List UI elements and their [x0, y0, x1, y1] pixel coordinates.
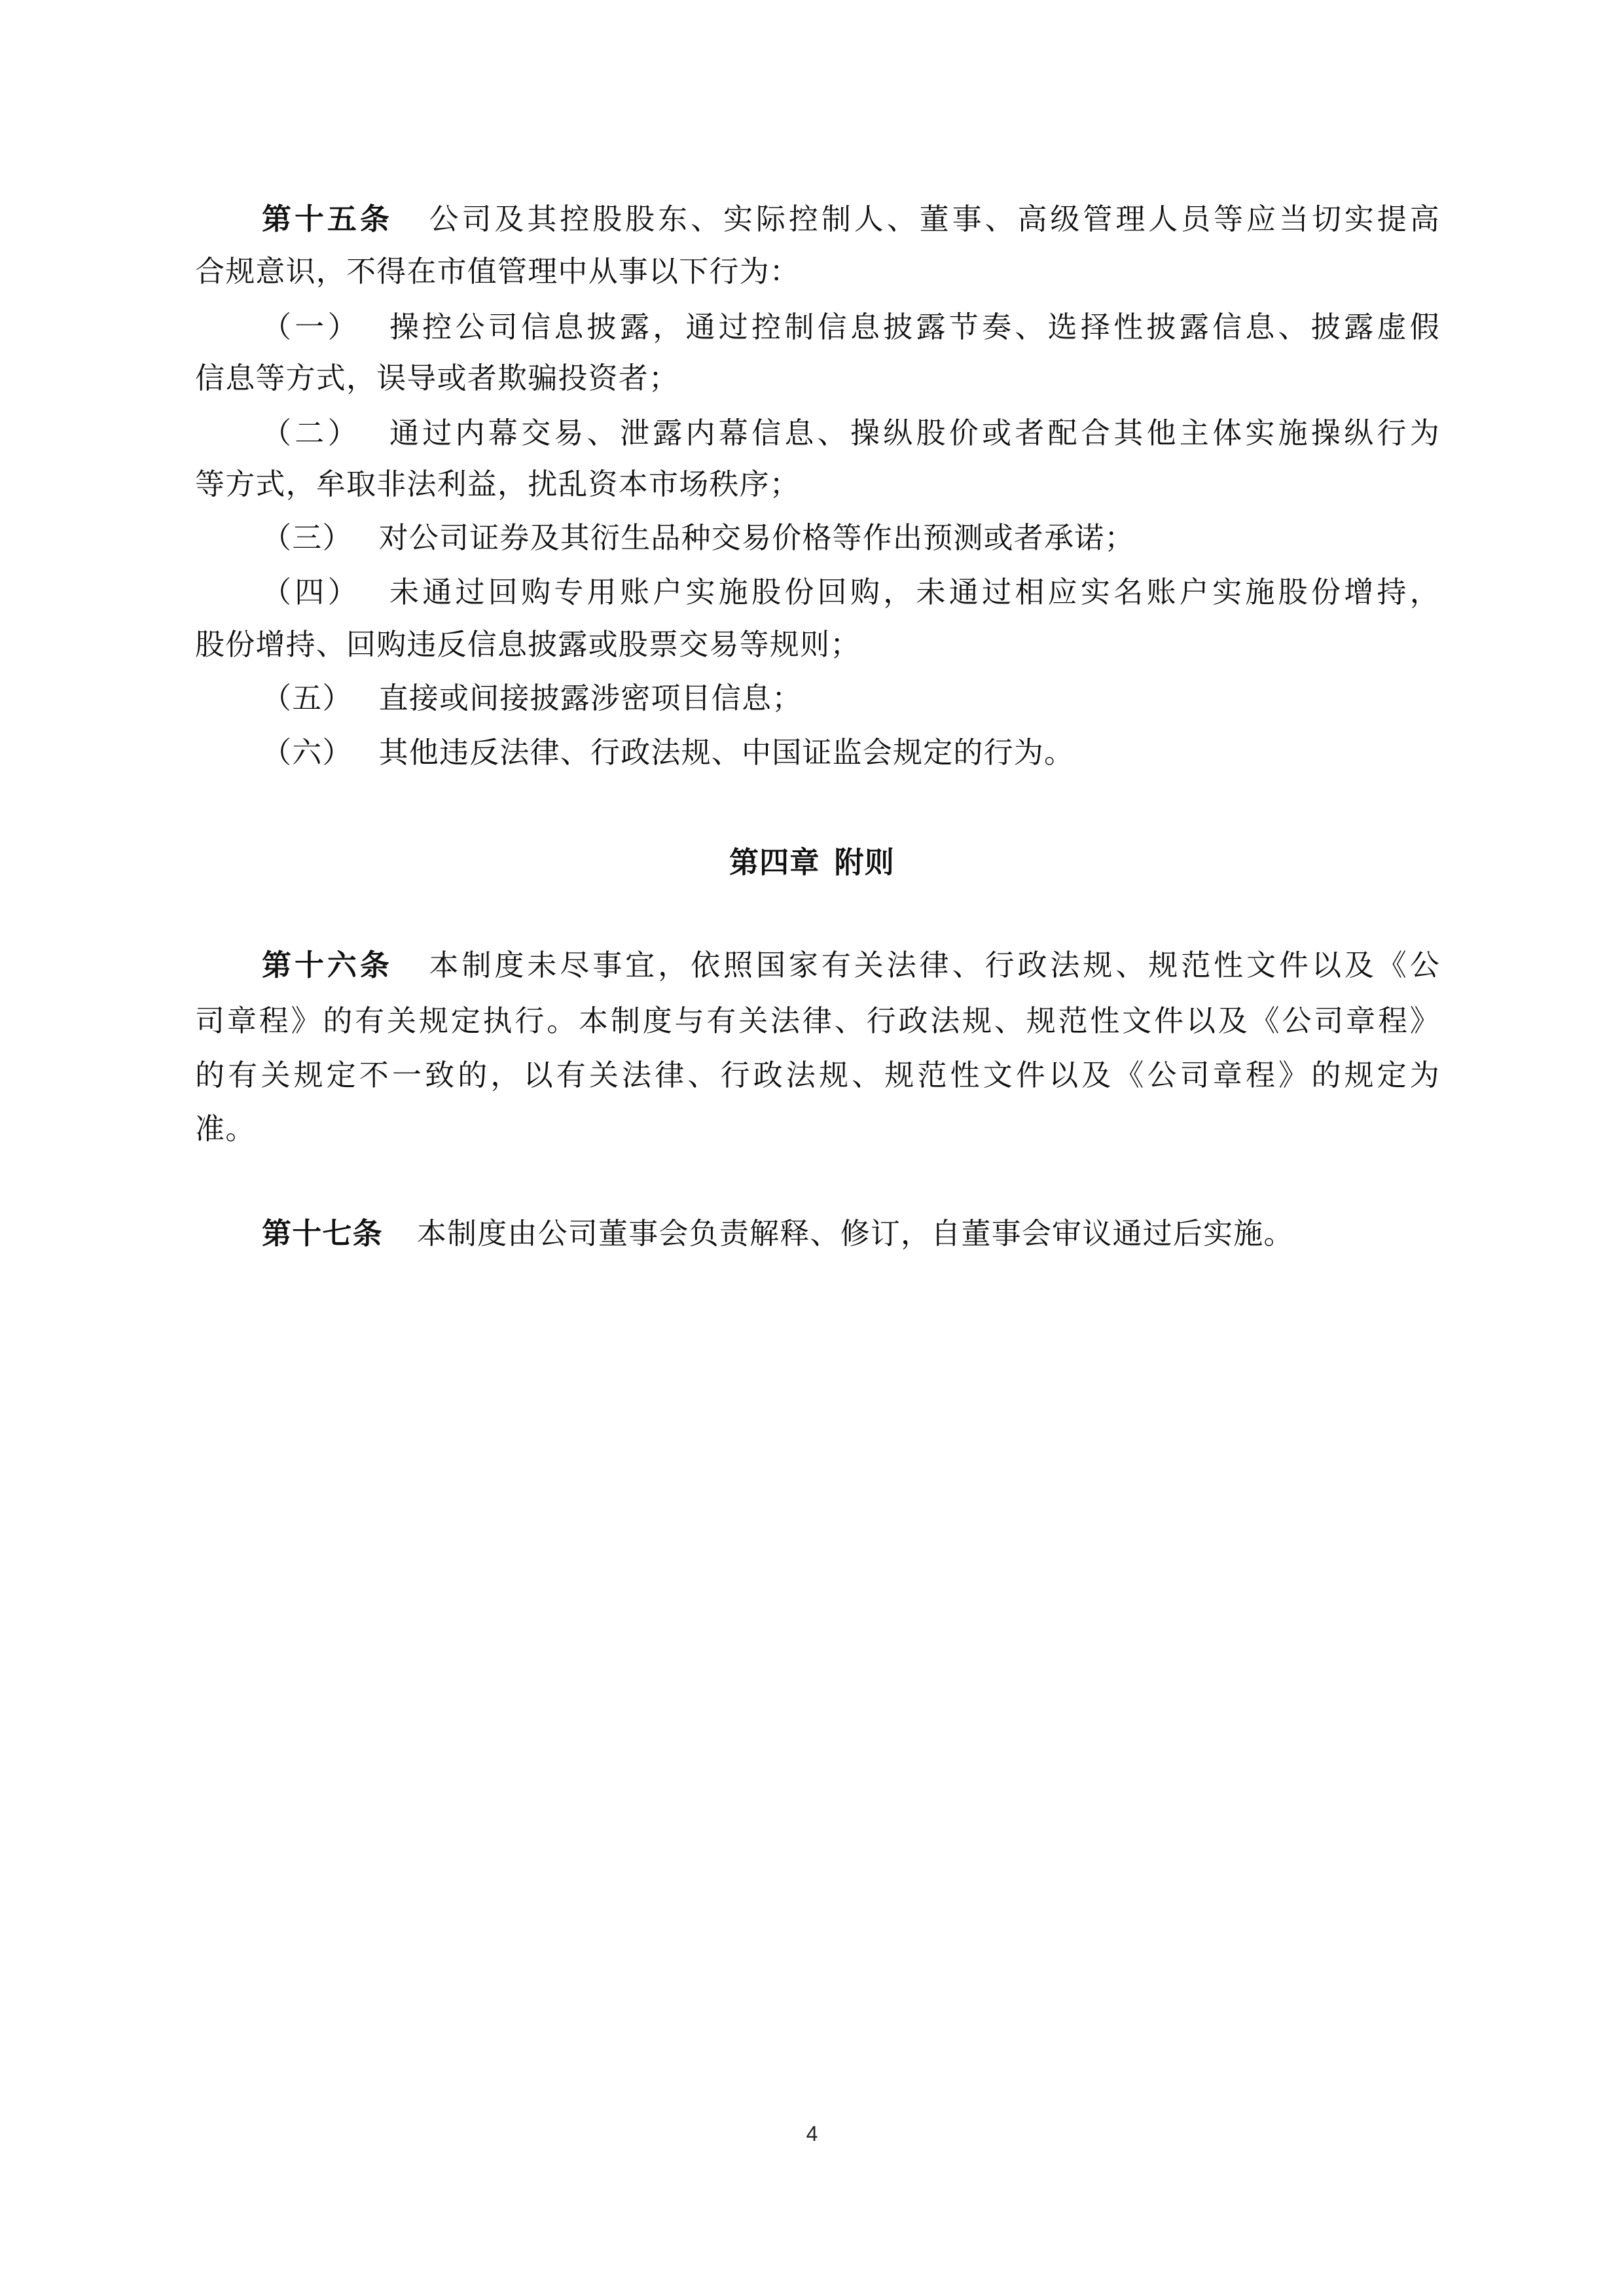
page-number: 4: [0, 2121, 1624, 2147]
article-17-text-1: 本制度由公司董事会负责解释、修订，自董事会审议通过后实施。: [417, 1216, 1294, 1251]
article-16-text-1: 本制度未尽事宜，依照国家有关法律、行政法规、规范性文件以及《公: [427, 948, 1440, 982]
article-15-item-1-cont: 信息等方式，误导或者欺骗投资者；: [195, 359, 1440, 398]
item-4-marker: （四）: [262, 575, 361, 609]
item-5-marker: （五）: [262, 681, 353, 715]
article-16-line-2: 司章程》的有关规定执行。本制度与有关法律、行政法规、规范性文件以及《公司章程》: [195, 1001, 1440, 1041]
article-15-label: 第十五条: [262, 202, 393, 236]
chapter-number: 第四章: [729, 845, 820, 880]
item-3-line-1: 对公司证券及其衍生品种交易价格等作出预测或者承诺；: [379, 520, 1135, 555]
article-17-line-1: 第十七条本制度由公司董事会负责解释、修订，自董事会审议通过后实施。: [262, 1214, 1440, 1253]
item-3-marker: （三）: [262, 520, 353, 555]
article-16-text-4: 准。: [195, 1111, 255, 1146]
item-6-line-1: 其他违反法律、行政法规、中国证监会规定的行为。: [379, 735, 1075, 770]
item-1-line-2: 信息等方式，误导或者欺骗投资者；: [195, 361, 679, 395]
article-15-item-2-cont: 等方式，牟取非法利益，扰乱资本市场秩序；: [195, 465, 1440, 504]
article-16-text-3: 的有关规定不一致的，以有关法律、行政法规、规范性文件以及《公司章程》的规定为: [195, 1058, 1440, 1092]
item-2-line-2: 等方式，牟取非法利益，扰乱资本市场秩序；: [195, 467, 800, 501]
article-15-item-6: （六）其他违反法律、行政法规、中国证监会规定的行为。: [262, 733, 1440, 772]
chapter-title: 附则: [835, 845, 895, 880]
item-2-marker: （二）: [262, 416, 361, 450]
article-15-line-2: 合规意识，不得在市值管理中从事以下行为：: [195, 252, 1440, 291]
article-16-line-3: 的有关规定不一致的，以有关法律、行政法规、规范性文件以及《公司章程》的规定为: [195, 1056, 1440, 1095]
item-1-marker: （一）: [262, 310, 361, 344]
item-1-line-1: 操控公司信息披露，通过控制信息披露节奏、选择性披露信息、披露虚假: [387, 310, 1440, 344]
article-16-label: 第十六条: [262, 948, 393, 982]
article-15-item-5: （五）直接或间接披露涉密项目信息；: [262, 679, 1440, 718]
article-16-text-2: 司章程》的有关规定执行。本制度与有关法律、行政法规、规范性文件以及《公司章程》: [195, 1003, 1440, 1038]
article-15-item-2: （二）通过内幕交易、泄露内幕信息、操纵股价或者配合其他主体实施操纵行为: [262, 414, 1440, 453]
article-15-item-4-cont: 股份增持、回购违反信息披露或股票交易等规则；: [195, 625, 1440, 664]
article-17-label: 第十七条: [262, 1216, 383, 1251]
article-15-item-3: （三）对公司证券及其衍生品种交易价格等作出预测或者承诺；: [262, 518, 1440, 558]
document-page: 第十五条公司及其控股股东、实际控制人、董事、高级管理人员等应当切实提高 合规意识…: [0, 0, 1624, 2296]
item-5-line-1: 直接或间接披露涉密项目信息；: [379, 681, 803, 715]
item-6-marker: （六）: [262, 735, 353, 770]
article-15-intro-line-2: 合规意识，不得在市值管理中从事以下行为：: [195, 254, 800, 289]
item-4-line-1: 未通过回购专用账户实施股份回购，未通过相应实名账户实施股份增持，: [387, 575, 1440, 609]
item-4-line-2: 股份增持、回购违反信息披露或股票交易等规则；: [195, 627, 860, 662]
item-2-line-1: 通过内幕交易、泄露内幕信息、操纵股价或者配合其他主体实施操纵行为: [387, 416, 1440, 450]
article-15-intro-line-1: 公司及其控股股东、实际控制人、董事、高级管理人员等应当切实提高: [427, 202, 1440, 236]
article-16-line-1: 第十六条本制度未尽事宜，依照国家有关法律、行政法规、规范性文件以及《公: [262, 946, 1440, 985]
article-15-item-4: （四）未通过回购专用账户实施股份回购，未通过相应实名账户实施股份增持，: [262, 573, 1440, 612]
chapter-heading: 第四章附则: [0, 843, 1624, 882]
article-15-item-1: （一）操控公司信息披露，通过控制信息披露节奏、选择性披露信息、披露虚假: [262, 308, 1440, 347]
article-16-line-4: 准。: [195, 1109, 1440, 1149]
article-15-line-1: 第十五条公司及其控股股东、实际控制人、董事、高级管理人员等应当切实提高: [262, 200, 1440, 239]
